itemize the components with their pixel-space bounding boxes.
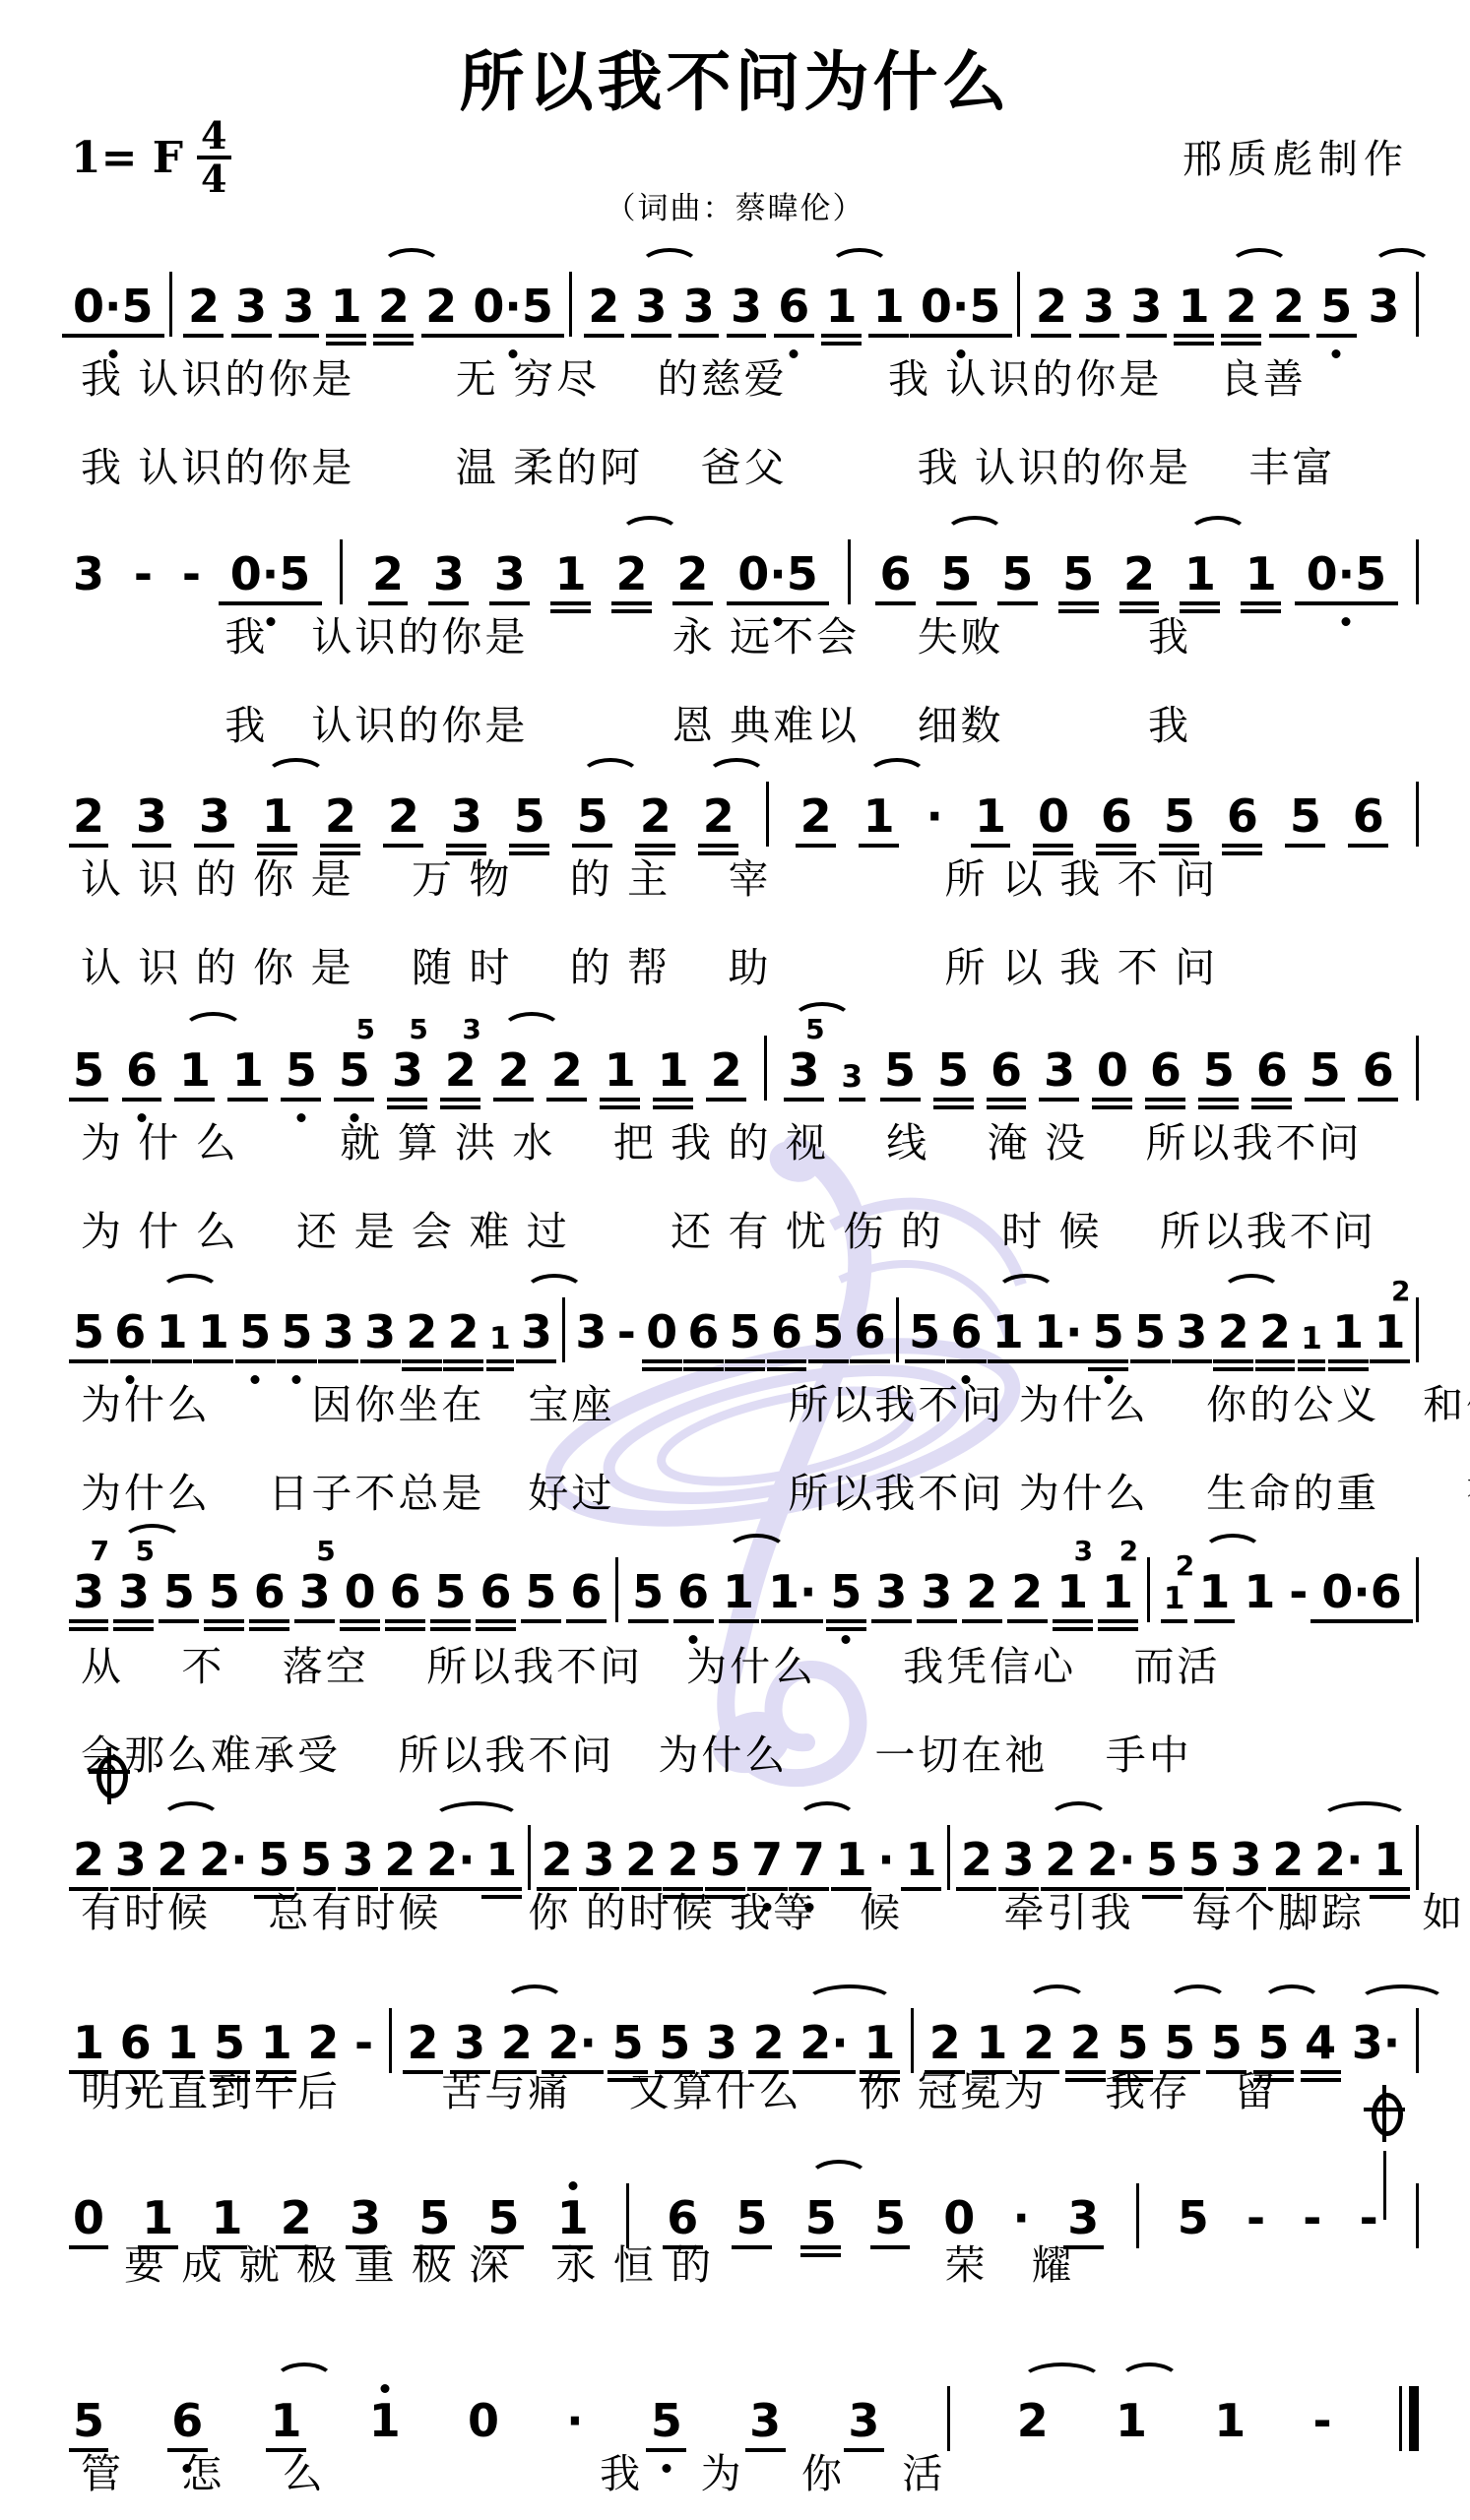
note-token: 1 [555, 551, 587, 597]
note-token: 5 [1134, 1309, 1166, 1354]
note-token: 2 [1272, 1837, 1304, 1882]
note-token: 7 [794, 1837, 825, 1882]
page-title: 所以我不问为什么 [0, 30, 1470, 123]
note-value: 6 [950, 1305, 982, 1358]
note-token: 3 [343, 1837, 374, 1882]
note-value: 1 [1184, 547, 1216, 600]
note-token: 12 [1164, 1584, 1185, 1614]
note-value: 2 [498, 1043, 530, 1097]
note-value: - [182, 547, 201, 600]
note-token: · [927, 793, 943, 839]
note-token: 3 [235, 283, 267, 329]
note-token: 2 [668, 1837, 699, 1882]
note-token: 3 [494, 551, 526, 597]
note-token: 2 [966, 1569, 997, 1614]
note-token: 6 [855, 1309, 886, 1354]
note-value: 1 [489, 1321, 511, 1356]
barline [1017, 272, 1020, 337]
note-token: 3 [636, 283, 668, 329]
note-token: 1 [992, 1309, 1024, 1354]
note-value: 5 [1146, 1833, 1178, 1886]
note-token: 6 [1150, 1047, 1182, 1093]
lyric-line: 为 什 么 还 是 会 难 过 还 有 忧 伤 的 时 候 所以我不问 [81, 1199, 1440, 1257]
coda-horizontal [89, 1770, 130, 1774]
note-token: 2 [640, 793, 671, 839]
note-value: 5 [73, 1043, 104, 1097]
slur-arc [274, 2362, 335, 2400]
note-value: 3 [73, 1565, 104, 1618]
note-token: 6 [114, 1309, 146, 1354]
lyric-line: 为什么 因你坐在 宝座 所以我不问 为什么 你的公义 和信实 [81, 1372, 1440, 1430]
note-value: 1 [905, 1833, 936, 1886]
note-value: 1 [1374, 1833, 1405, 1886]
note-token: 3 [323, 1309, 354, 1354]
note-value: - [617, 1305, 636, 1358]
note-value: 6 [879, 547, 911, 600]
note-value: 5 [940, 547, 972, 600]
slur-arc [619, 516, 680, 553]
note-token: 1 [270, 2398, 301, 2443]
note-token: 5 [1310, 1047, 1341, 1093]
note-token: 3 [199, 793, 230, 839]
note-token: 2 [73, 1837, 104, 1882]
note-token: 6 [126, 1047, 158, 1093]
note-token: 5 [632, 1569, 664, 1614]
note-value: 2· [1314, 1833, 1363, 1886]
note-token: 6 [687, 1309, 719, 1354]
note-value: 5 [525, 1565, 556, 1618]
note-value: 3 [199, 789, 230, 843]
note-token: 1 [1374, 1837, 1405, 1882]
note-value: 5 [281, 1305, 312, 1358]
note-token: 6 [1363, 1047, 1394, 1093]
note-value: 2 [1226, 280, 1257, 333]
slur-arc [944, 516, 1005, 553]
lyric-line: 我 认识的你是 永 远不会 失败 我 [81, 604, 1440, 662]
note-value: 5 [937, 1043, 969, 1097]
note-value: 6 [1256, 1043, 1288, 1097]
note-token: 0 [1097, 1047, 1128, 1093]
note-token: - [182, 551, 201, 597]
note-value: 3 [118, 1565, 150, 1618]
note-token: 3 [749, 2398, 781, 2443]
note-token: 5 [884, 1047, 916, 1093]
note-token: 2 [1036, 283, 1067, 329]
arranger-credit: 邢质彪制作 [1182, 128, 1409, 184]
note-token: 6 [1256, 1047, 1288, 1093]
note-token: 2 [542, 1837, 573, 1882]
octave-dot-above [568, 2181, 577, 2190]
barline [1416, 1557, 1419, 1622]
note-token: 1 [863, 793, 895, 839]
note-token: 3 [451, 793, 482, 839]
note-value: 5 [1062, 547, 1094, 600]
note-value: 5 [1188, 1833, 1220, 1886]
note-value: 3 [1044, 1043, 1075, 1097]
note-value: 2 [711, 1043, 742, 1097]
note-value: 2 [325, 789, 356, 843]
note-value: 2 [157, 1833, 188, 1886]
note-token: - [134, 551, 153, 597]
note-token: 6 [254, 1569, 286, 1614]
note-value: 3 [283, 280, 314, 333]
music-line-5: 5611553322133-0656565611·553221112 [73, 1274, 1419, 1384]
note-token: 1 [836, 1837, 867, 1882]
lyric-line: 明光直到午后 苦与痛 又算什么 你 冠冕为 我存 留 [81, 2059, 1440, 2117]
note-token: 2 [1017, 2398, 1049, 2443]
note-value: 1 [1301, 1321, 1322, 1356]
harmony-note: 7 [91, 1538, 109, 1565]
time-signature-numerator: 4 [197, 118, 230, 159]
note-value: 7 [794, 1833, 825, 1886]
note-token: 5 [73, 1309, 104, 1354]
harmony-note: 5 [355, 1016, 374, 1043]
note-value: 5 [812, 1305, 844, 1358]
note-value: 1 [331, 280, 362, 333]
note-value: 1 [975, 789, 1006, 843]
note-token: 2 [1218, 1309, 1249, 1354]
note-value: 5 [258, 1833, 289, 1886]
note-value: 3 [1231, 1833, 1262, 1886]
note-value: 6 [570, 1565, 602, 1618]
note-token: 1 [179, 1047, 211, 1093]
note-token: 35 [118, 1569, 150, 1614]
note-value: 1 [1246, 547, 1277, 600]
note-value: 6 [771, 1305, 802, 1358]
note-token: 1 [1332, 1309, 1364, 1354]
lyric-line: 要 成 就 极 重 极 深 永 恒 的 荣 耀 [81, 2233, 1440, 2291]
note-token: 2 [1226, 283, 1257, 329]
note-token: 2 [448, 1309, 479, 1354]
note-value: 2 [966, 1565, 997, 1618]
note-token: 5 [937, 1047, 969, 1093]
note-token: 2 [378, 283, 410, 329]
note-value: 3 [583, 1833, 614, 1886]
note-value: 5 [909, 1305, 940, 1358]
note-value: 5 [709, 1833, 740, 1886]
note-value: 1 [157, 1305, 188, 1358]
note-token: 5 [258, 1837, 289, 1882]
barline [1416, 1297, 1419, 1362]
note-token: 3 [1369, 283, 1400, 329]
lyric-line: 认 识 的 你 是 万 物 的 主 宰 所 以 我 不 问 [81, 847, 1440, 905]
note-token: 6 [991, 1047, 1022, 1093]
note-value: 5 [1320, 280, 1352, 333]
note-token: 5 [209, 1569, 240, 1614]
barline [848, 539, 851, 604]
note-value: 5 [884, 1043, 916, 1097]
note-token: 1 [1214, 2398, 1246, 2443]
note-token: 5 [1290, 793, 1321, 839]
note-token: 1 [905, 1837, 936, 1882]
harmony-note: 2 [1176, 1552, 1194, 1580]
note-token: 3 [875, 1569, 907, 1614]
barline [569, 272, 572, 337]
note-value: 6 [479, 1565, 511, 1618]
note-token: 2 [800, 793, 832, 839]
note-value: 1 [232, 1043, 264, 1097]
note-value: 0 [468, 2394, 499, 2447]
note-token: 5 [435, 1569, 467, 1614]
note-token: 3 [842, 1062, 863, 1093]
note-value: 2 [1259, 1305, 1291, 1358]
note-token: 2· [1314, 1837, 1363, 1882]
note-token: 0·5 [230, 551, 311, 597]
note-token: 1 [825, 283, 857, 329]
note-token: 2 [73, 793, 104, 839]
note-value: 6 [114, 1305, 146, 1358]
note-value: 6 [1227, 789, 1258, 843]
note-token: 2· [199, 1837, 247, 1882]
note-token: 35 [789, 1047, 820, 1093]
note-token: 1 [723, 1569, 754, 1614]
barline [1416, 782, 1419, 847]
slur-arc [1372, 248, 1433, 285]
note-token: 0·5 [473, 283, 553, 329]
note-value: 6 [855, 1305, 886, 1358]
note-value: 6 [390, 1565, 421, 1618]
note-value: 0 [1038, 789, 1069, 843]
note-value: 3 [731, 280, 762, 333]
lyric-line: 从 不 落空 所以我不问 为什么 我凭信心 而活 (不) [81, 1634, 1440, 1692]
note-value: 1 [1116, 2394, 1147, 2447]
note-token: 37 [73, 1569, 104, 1614]
note-token: 2 [616, 551, 648, 597]
note-token: 2 [384, 1837, 415, 1882]
note-value: 2 [1273, 280, 1305, 333]
note-token: 5 [651, 2398, 682, 2443]
note-value: 1 [836, 1833, 867, 1886]
note-value: 3 [921, 1565, 952, 1618]
note-value: 5 [730, 1305, 761, 1358]
note-token: 2 [406, 1309, 437, 1354]
note-token: 5 [1146, 1837, 1178, 1882]
note-token: 1 [1301, 1324, 1322, 1354]
note-value: 6 [687, 1305, 719, 1358]
note-token: 6 [1101, 793, 1132, 839]
note-value: 2 [1218, 1305, 1249, 1358]
note-value: 5 [651, 2394, 682, 2447]
note-value: 1 [825, 280, 857, 333]
coda-vertical [107, 1747, 111, 1804]
note-value: 3 [636, 280, 668, 333]
note-value: 3 [392, 1043, 423, 1097]
barline [169, 272, 172, 337]
harmony-note: 3 [462, 1016, 480, 1043]
note-token: 6 [950, 1309, 982, 1354]
note-token: - [1289, 1569, 1308, 1614]
sheet-music-page: 所以我不问为什么 1= F 4 4 邢质彪制作 （词曲：蔡暐伦） 0·52331… [0, 0, 1470, 2520]
note-token: 5 [577, 793, 608, 839]
barline [896, 1297, 899, 1362]
note-value: 2 [800, 789, 832, 843]
note-value: 2 [448, 1305, 479, 1358]
note-value: 2 [188, 280, 220, 333]
note-token: 2· [1087, 1837, 1135, 1882]
note-value: 0·5 [473, 280, 553, 333]
slur-arc [121, 1524, 182, 1561]
note-value: 3 [73, 547, 104, 600]
note-value: 6 [1353, 789, 1384, 843]
note-value: 2 [73, 1833, 104, 1886]
note-token: 3 [521, 1309, 552, 1354]
lyric-line: 有时候 总有时候 你 的时候 我等 候 牵引我 每个脚踪 如 [81, 1880, 1440, 1938]
note-token: 5 [1164, 793, 1195, 839]
note-value: 5 [435, 1565, 467, 1618]
note-token: 7 [751, 1837, 783, 1882]
note-value: 6 [171, 2394, 203, 2447]
note-value: 3 [848, 2394, 879, 2447]
note-value: 3 [683, 280, 715, 333]
slur-arc [1020, 2362, 1104, 2400]
note-token: 3 [848, 2398, 879, 2443]
note-token: 1 [331, 283, 362, 329]
note-value: 2 [378, 280, 410, 333]
note-value: 2 [1123, 547, 1155, 600]
slur-arc [1357, 1984, 1447, 2022]
note-value: 5 [577, 789, 608, 843]
note-value: 6 [991, 1043, 1022, 1097]
note-value: 5 [1310, 1043, 1341, 1097]
note-value: 3 [451, 789, 482, 843]
note-token: 2 [625, 1837, 657, 1882]
note-token: 1 [605, 1047, 636, 1093]
note-token: 2 [498, 1047, 530, 1093]
note-value: 6 [126, 1043, 158, 1097]
note-value: 2 [1036, 280, 1067, 333]
note-value: 2 [388, 789, 419, 843]
note-value: 3 [494, 547, 526, 600]
lyric-line: 我 认识的你是 恩 典难以 细数 我 [81, 693, 1440, 751]
slur-arc [580, 758, 641, 795]
music-line-1: 0·52331220·523336110·523312253 [73, 248, 1419, 358]
note-token: 0 [468, 2398, 499, 2443]
note-value: 2 [425, 280, 457, 333]
note-token: 1 [1184, 551, 1216, 597]
note-token: 2 [188, 283, 220, 329]
note-value: - [134, 547, 153, 600]
note-value: 2· [1087, 1833, 1135, 1886]
note-token: 2 [551, 1047, 583, 1093]
note-token: 6 [771, 1309, 802, 1354]
note-token: 1 [1246, 551, 1277, 597]
note-value: 2 [1017, 2394, 1049, 2447]
coda-icon-right [1364, 2085, 1409, 2144]
slur-arc [265, 758, 326, 795]
note-token: 5 [830, 1569, 862, 1614]
note-value: 1 [723, 1565, 754, 1618]
note-value: 3 [433, 547, 465, 600]
note-token: 2 [1273, 283, 1305, 329]
note-token: 5 [1188, 1837, 1220, 1882]
barline [340, 539, 343, 604]
note-token: 6 [1353, 793, 1384, 839]
note-token: 1 [975, 793, 1006, 839]
note-value: 3 [1369, 280, 1400, 333]
note-token: 0·5 [1307, 551, 1387, 597]
note-token: 3 [1083, 283, 1115, 329]
note-token: 1 [157, 1309, 188, 1354]
music-line-6: 3735556350656565611·5332213121211-0·6 [73, 1534, 1419, 1644]
note-value: 2 [668, 1833, 699, 1886]
note-token: 12 [1374, 1309, 1405, 1354]
note-token: 2 [157, 1837, 188, 1882]
barline [1416, 539, 1419, 604]
note-token: 0·5 [737, 551, 818, 597]
note-value: 0·6 [1321, 1565, 1402, 1618]
note-value: 5 [830, 1565, 862, 1618]
note-token: 5 [163, 1569, 195, 1614]
note-value: 3 [875, 1565, 907, 1618]
harmony-note: 2 [1119, 1538, 1138, 1565]
note-value: 2· [426, 1833, 475, 1886]
lyric-line: 我 认识的你是 温 柔的阿 爸父 我 认识的你是 丰富 [81, 435, 1440, 493]
note-token: 0·5 [921, 283, 1001, 329]
note-value: 1 [658, 1043, 689, 1097]
note-value: 5 [1203, 1043, 1235, 1097]
note-token: 5 [1320, 283, 1352, 329]
slur-arc [1118, 2362, 1180, 2400]
note-token: 2 [1123, 551, 1155, 597]
note-token: 12 [1102, 1569, 1133, 1614]
coda-ring [1372, 2093, 1403, 2136]
note-value: 2 [961, 1833, 992, 1886]
note-value: 0 [345, 1565, 376, 1618]
note-value: 3 [115, 1833, 147, 1886]
note-token: 5 [812, 1309, 844, 1354]
note-value: 1 [1214, 2394, 1246, 2447]
key-signature-text: 1= F [71, 133, 183, 183]
note-value: 1· [768, 1565, 816, 1618]
note-value: 1 [369, 2394, 401, 2447]
note-token: 5 [286, 1047, 317, 1093]
note-token: 5 [1001, 551, 1033, 597]
note-token: · [877, 1837, 894, 1882]
note-value: 2 [1272, 1833, 1304, 1886]
coda-vertical [1382, 2085, 1386, 2142]
note-token: 3 [283, 283, 314, 329]
note-token: 0 [1038, 793, 1069, 839]
note-value: 5 [514, 789, 545, 843]
note-value: - [1313, 2394, 1332, 2447]
note-token: 5 [525, 1569, 556, 1614]
note-value: 0·5 [73, 280, 154, 333]
note-value: 6 [254, 1565, 286, 1618]
lyric-line: 认 识 的 你 是 随 时 的 帮 助 所 以 我 不 问 [81, 935, 1440, 993]
note-value: 6 [1363, 1043, 1394, 1097]
note-value: 2 [703, 789, 735, 843]
lyric-line: 我 认识的你是 无 穷尽 的慈爱 我 认识的你是 良善 [81, 346, 1440, 405]
note-token: 3 [1003, 1837, 1035, 1882]
barline [764, 1036, 767, 1101]
music-line-4: 56115553523221123535563065656 [73, 1012, 1419, 1122]
note-value: 1 [605, 1043, 636, 1097]
note-token: 1 [1116, 2398, 1147, 2443]
note-token: 3 [575, 1309, 607, 1354]
note-value: 2 [384, 1833, 415, 1886]
note-token: 1 [1198, 1569, 1230, 1614]
note-value: 0·5 [1307, 547, 1387, 600]
note-token: 2 [676, 551, 708, 597]
note-value: 2· [199, 1833, 247, 1886]
note-value: 1 [1332, 1305, 1364, 1358]
note-token: 6 [778, 283, 809, 329]
note-token: 2· [426, 1837, 475, 1882]
note-token: 5 [730, 1309, 761, 1354]
note-token: 1 [262, 793, 293, 839]
note-value: 3 [1130, 280, 1162, 333]
harmony-note: 5 [409, 1016, 427, 1043]
